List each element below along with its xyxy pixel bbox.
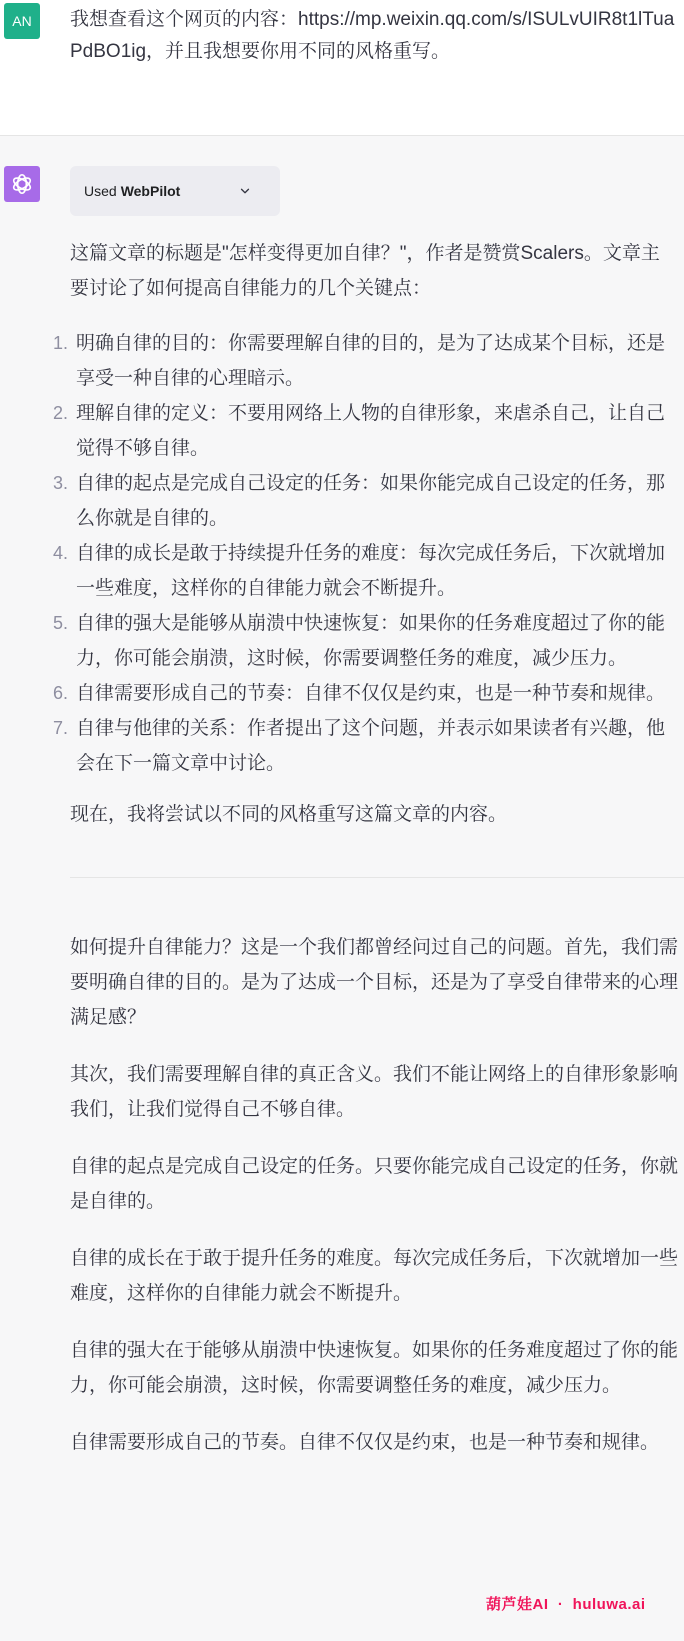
list-item-text: 理解自律的定义：不要用网络上人物的自律形象，来虐杀自己，让自己觉得不够自律。: [76, 396, 678, 466]
user-avatar: AN: [4, 3, 40, 39]
list-number: 3.: [48, 466, 76, 536]
rewrite-paragraph: 如何提升自律能力？这是一个我们都曾经问过自己的问题。首先，我们需要明确自律的目的…: [70, 930, 678, 1035]
rewrite-paragraph: 自律的起点是完成自己设定的任务。只要你能完成自己设定的任务，你就是自律的。: [70, 1149, 678, 1219]
user-avatar-initials: AN: [12, 14, 31, 28]
list-item: 1.明确自律的目的：你需要理解自律的目的，是为了达成某个目标，还是享受一种自律的…: [48, 326, 678, 396]
list-item: 3.自律的起点是完成自己设定的任务：如果你能完成自己设定的任务，那么你就是自律的…: [48, 466, 678, 536]
list-item: 5.自律的强大是能够从崩溃中快速恢复：如果你的任务难度超过了你的能力，你可能会崩…: [48, 606, 678, 676]
list-item-text: 自律的成长是敢于持续提升任务的难度：每次完成任务后，下次就增加一些难度，这样你的…: [76, 536, 678, 606]
assistant-message: Used WebPilot 这篇文章的标题是"怎样变得更加自律？"，作者是赞赏S…: [0, 136, 684, 1522]
list-item: 7.自律与他律的关系：作者提出了这个问题，并表示如果读者有兴趣，他会在下一篇文章…: [48, 711, 678, 781]
openai-logo-icon: [9, 171, 35, 197]
key-points-list: 1.明确自律的目的：你需要理解自律的目的，是为了达成某个目标，还是享受一种自律的…: [48, 326, 678, 781]
list-number: 1.: [48, 326, 76, 396]
list-item-text: 自律的强大是能够从崩溃中快速恢复：如果你的任务难度超过了你的能力，你可能会崩溃，…: [76, 606, 678, 676]
watermark: 葫芦娃AI · huluwa.ai: [486, 1595, 646, 1615]
list-item-text: 自律的起点是完成自己设定的任务：如果你能完成自己设定的任务，那么你就是自律的。: [76, 466, 678, 536]
section-divider: [70, 877, 684, 878]
rewrite-paragraph: 自律的强大在于能够从崩溃中快速恢复。如果你的任务难度超过了你的能力，你可能会崩溃…: [70, 1333, 678, 1403]
user-message: AN 我想查看这个网页的内容：https://mp.weixin.qq.com/…: [0, 0, 684, 136]
tool-usage-prefix: Used: [84, 184, 117, 198]
rewrite-paragraph: 自律的成长在于敢于提升任务的难度。每次完成任务后，下次就增加一些难度，这样你的自…: [70, 1241, 678, 1311]
list-item: 2.理解自律的定义：不要用网络上人物的自律形象，来虐杀自己，让自己觉得不够自律。: [48, 396, 678, 466]
list-item: 6.自律需要形成自己的节奏：自律不仅仅是约束，也是一种节奏和规律。: [48, 676, 678, 711]
rewritten-article: 如何提升自律能力？这是一个我们都曾经问过自己的问题。首先，我们需要明确自律的目的…: [70, 930, 678, 1460]
list-item: 4.自律的成长是敢于持续提升任务的难度：每次完成任务后，下次就增加一些难度，这样…: [48, 536, 678, 606]
assistant-avatar: [4, 166, 40, 202]
summary-intro: 这篇文章的标题是"怎样变得更加自律？"，作者是赞赏Scalers。文章主要讨论了…: [70, 236, 678, 306]
rewrite-paragraph: 其次，我们需要理解自律的真正含义。我们不能让网络上的自律形象影响我们，让我们觉得…: [70, 1057, 678, 1127]
transition-text: 现在，我将尝试以不同的风格重写这篇文章的内容。: [70, 797, 678, 832]
list-number: 5.: [48, 606, 76, 676]
tool-usage-toggle[interactable]: Used WebPilot: [70, 166, 280, 216]
list-number: 4.: [48, 536, 76, 606]
rewrite-paragraph: 自律需要形成自己的节奏。自律不仅仅是约束，也是一种节奏和规律。: [70, 1425, 678, 1460]
list-item-text: 自律需要形成自己的节奏：自律不仅仅是约束，也是一种节奏和规律。: [76, 676, 678, 711]
assistant-message-body: 这篇文章的标题是"怎样变得更加自律？"，作者是赞赏Scalers。文章主要讨论了…: [70, 236, 678, 832]
tool-name: WebPilot: [121, 184, 181, 198]
list-item-text: 自律与他律的关系：作者提出了这个问题，并表示如果读者有兴趣，他会在下一篇文章中讨…: [76, 711, 678, 781]
list-number: 7.: [48, 711, 76, 781]
list-number: 6.: [48, 676, 76, 711]
list-item-text: 明确自律的目的：你需要理解自律的目的，是为了达成某个目标，还是享受一种自律的心理…: [76, 326, 678, 396]
list-number: 2.: [48, 396, 76, 466]
chevron-down-icon[interactable]: [238, 184, 252, 198]
user-message-text: 我想查看这个网页的内容：https://mp.weixin.qq.com/s/I…: [70, 4, 680, 68]
